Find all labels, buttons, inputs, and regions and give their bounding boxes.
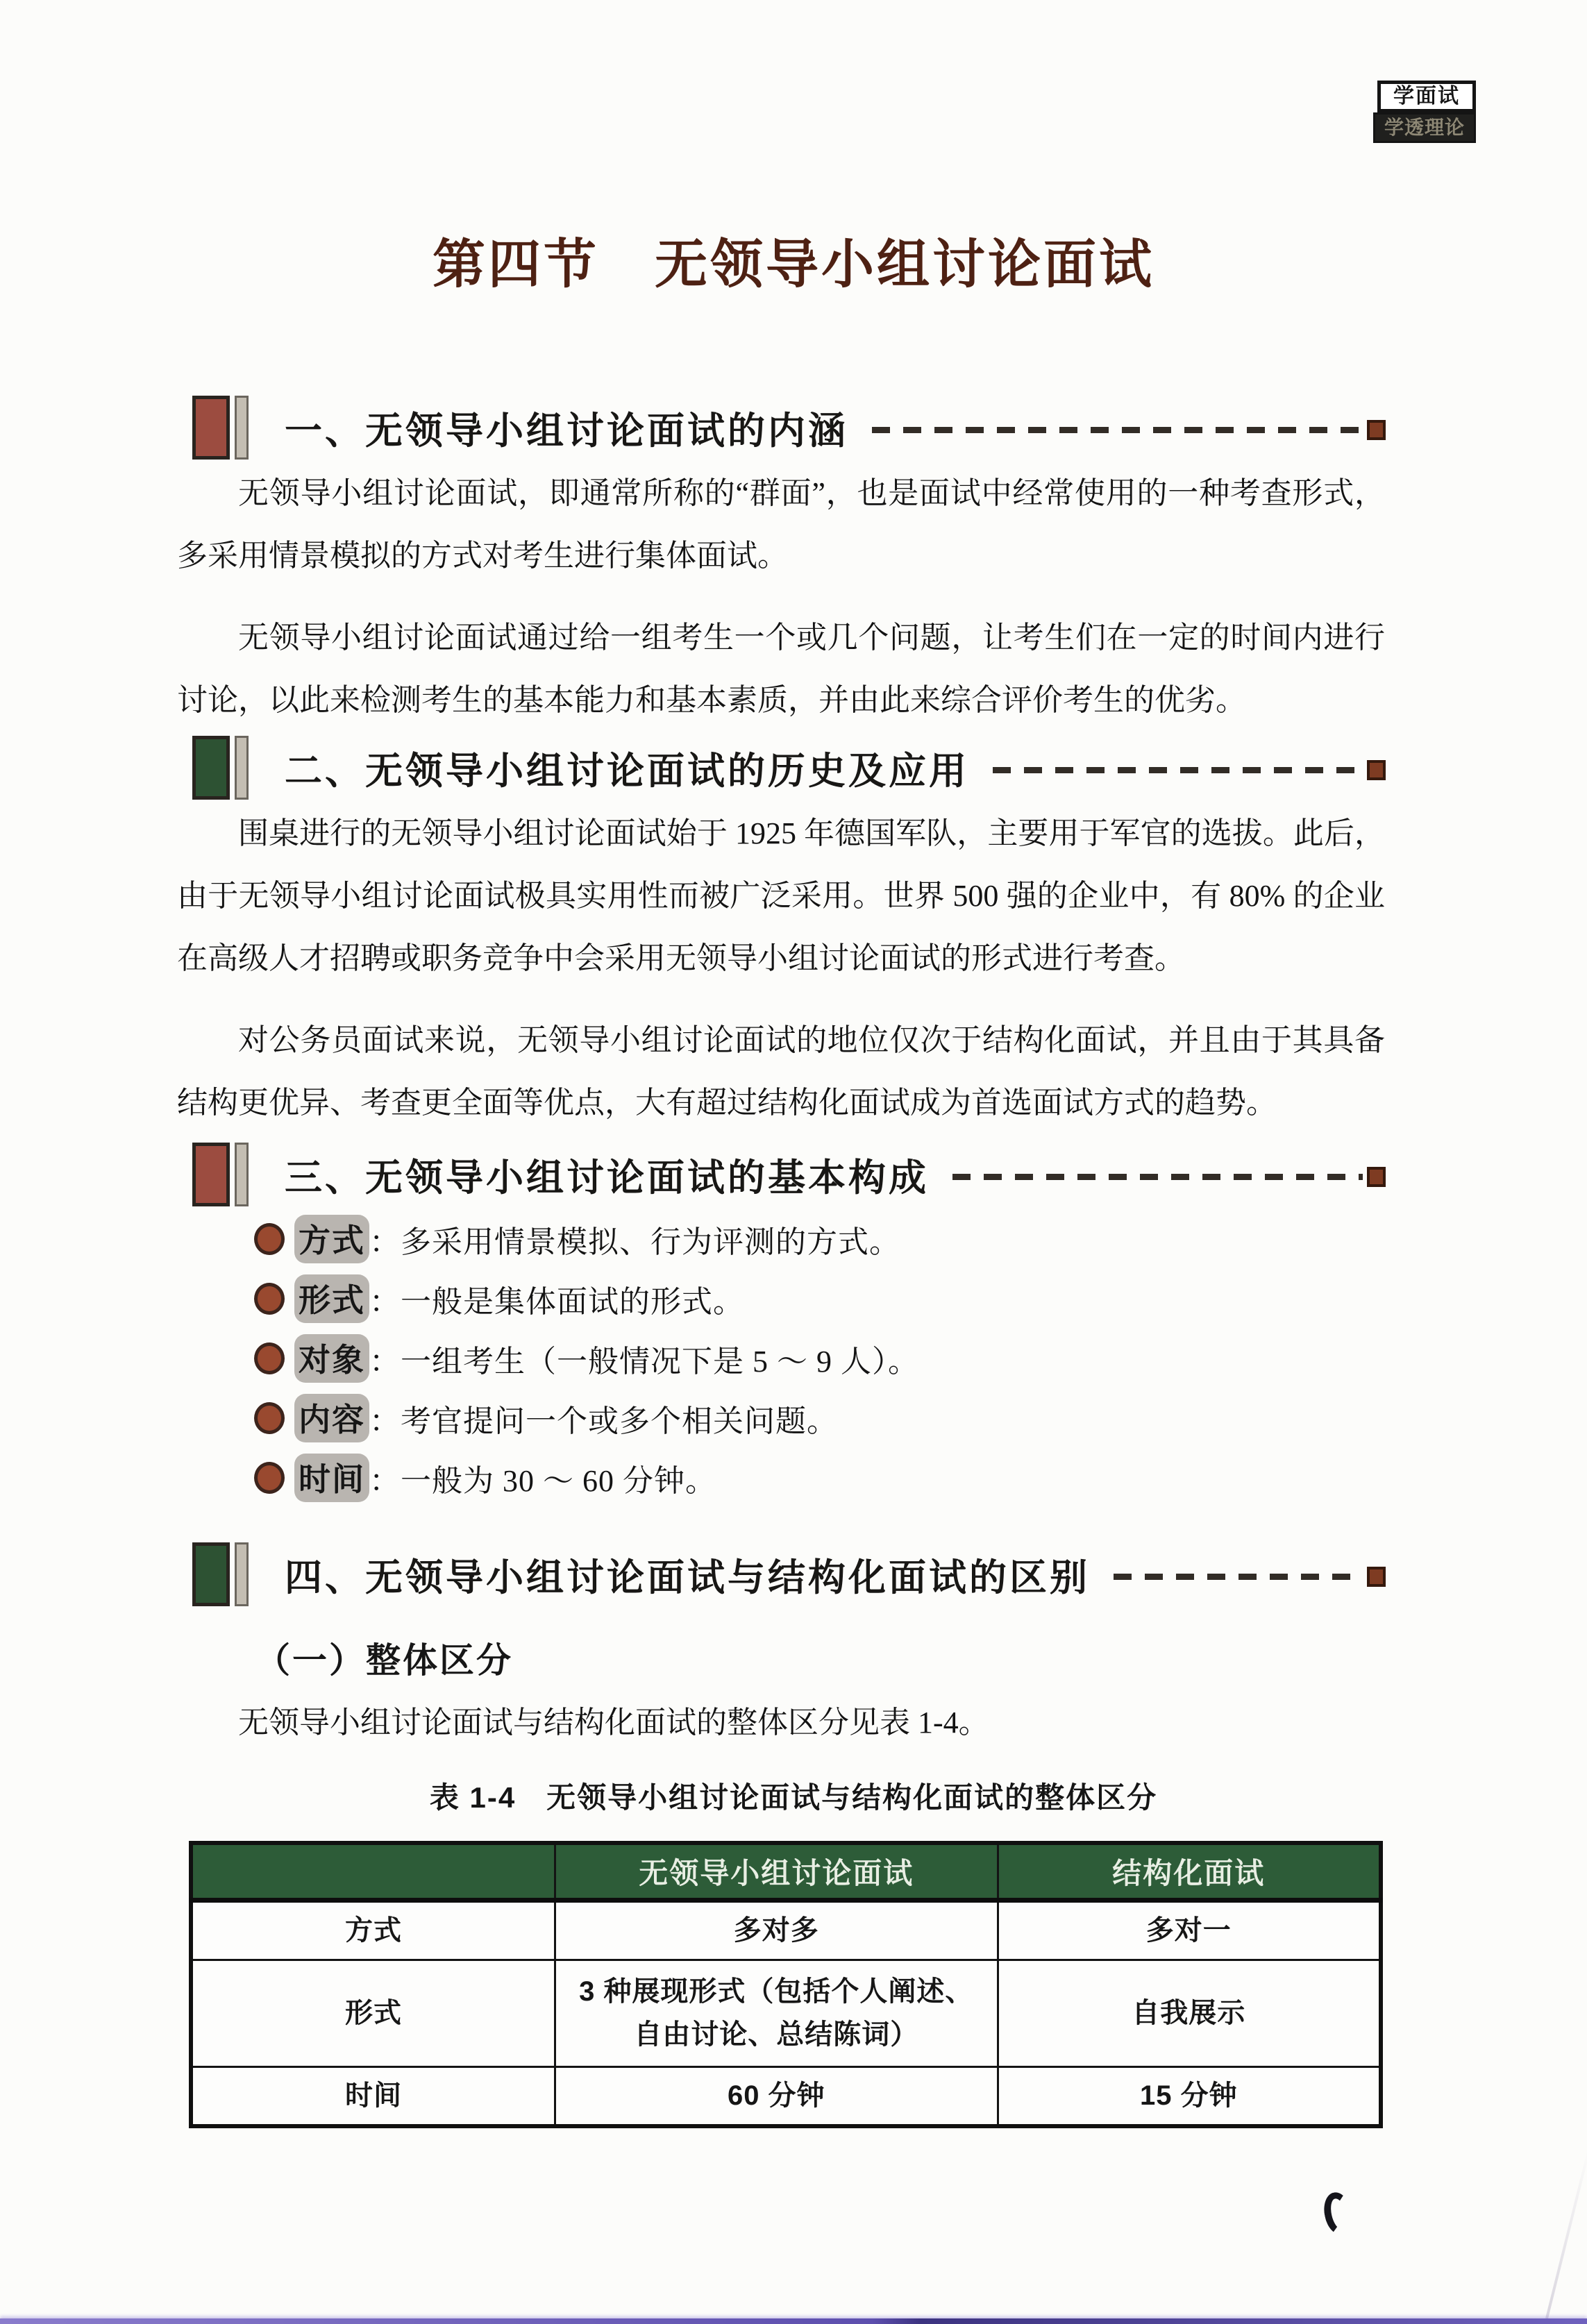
paragraph: 无领导小组讨论面试通过给一组考生一个或几个问题，让考生们在一定的时间内进行讨论，… bbox=[177, 607, 1385, 732]
table-intro-paragraph: 无领导小组讨论面试与结构化面试的整体区分见表 1-4。 bbox=[177, 1701, 1385, 1745]
bullet-dot-icon bbox=[254, 1402, 285, 1434]
table-row: 时间 60 分钟 15 分钟 bbox=[191, 2066, 1381, 2126]
table-cell: 自我展示 bbox=[998, 1960, 1381, 2066]
section-heading-2: 二、无领导小组讨论面试的历史及应用 bbox=[192, 734, 1386, 801]
section-heading-label: 四、无领导小组讨论面试与结构化面试的区别 bbox=[285, 1548, 1090, 1601]
table-cell: 3 种展现形式（包括个人阐述、自由讨论、总结陈词） bbox=[555, 1960, 998, 2066]
section-heading-1: 一、无领导小组讨论面试的内涵 bbox=[192, 394, 1386, 461]
table-cell: 时间 bbox=[191, 2066, 555, 2126]
list-item: 时间 ：一般为 30 ～ 60 分钟。 bbox=[254, 1448, 1587, 1508]
table-header-row: 无领导小组讨论面试 结构化面试 bbox=[191, 1843, 1381, 1900]
heading-dash-end-icon bbox=[1367, 760, 1386, 780]
bullet-dot-icon bbox=[254, 1283, 285, 1315]
section-heading-label: 三、无领导小组讨论面试的基本构成 bbox=[285, 1148, 929, 1202]
bullet-dot-icon bbox=[254, 1342, 285, 1374]
table-cell: 方式 bbox=[191, 1900, 555, 1960]
section-marker-icon bbox=[192, 396, 249, 460]
badge-series-subtitle: 学透理论 bbox=[1373, 112, 1476, 143]
table-cell: 形式 bbox=[191, 1960, 555, 2066]
list-item: 形式 ：一般是集体面试的形式。 bbox=[254, 1269, 1587, 1329]
table-row: 形式 3 种展现形式（包括个人阐述、自由讨论、总结陈词） 自我展示 bbox=[191, 1960, 1381, 2066]
table-cell: 多对多 bbox=[555, 1900, 998, 1960]
subsection-title: （一）整体区分 bbox=[255, 1638, 1587, 1683]
section-marker-icon bbox=[192, 1143, 249, 1206]
list-item: 方式 ：多采用情景模拟、行为评测的方式。 bbox=[254, 1209, 1587, 1269]
table-cell: 60 分钟 bbox=[555, 2066, 998, 2126]
section-heading-3: 三、无领导小组讨论面试的基本构成 bbox=[192, 1141, 1386, 1208]
bullet-text: ：考官提问一个或多个相关问题。 bbox=[369, 1396, 838, 1440]
heading-dash-line bbox=[993, 767, 1363, 773]
badge-series-title: 学面试 bbox=[1377, 81, 1476, 112]
section-marker-icon bbox=[192, 1542, 249, 1606]
paragraph: 无领导小组讨论面试，即通常所称的“群面”，也是面试中经常使用的一种考查形式，多采… bbox=[177, 462, 1385, 587]
pen-mark bbox=[1320, 2190, 1356, 2238]
publisher-badge: 学面试 学透理论 bbox=[1373, 81, 1476, 143]
bullet-text: ：一般是集体面试的形式。 bbox=[369, 1277, 744, 1321]
section-heading-4: 四、无领导小组讨论面试与结构化面试的区别 bbox=[192, 1541, 1386, 1608]
list-item: 内容 ：考官提问一个或多个相关问题。 bbox=[254, 1388, 1587, 1448]
paragraph: 围桌进行的无领导小组讨论面试始于 1925 年德国军队，主要用于军官的选拔。此后… bbox=[177, 802, 1385, 990]
scan-bottom-line bbox=[0, 2318, 1587, 2324]
paragraph: 对公务员面试来说，无领导小组讨论面试的地位仅次于结构化面试，并且由于其具备结构更… bbox=[177, 1009, 1385, 1134]
bullet-label: 方式 bbox=[294, 1215, 369, 1263]
heading-dash-end-icon bbox=[1367, 1167, 1386, 1187]
bullet-text: ：一组考生（一般情况下是 5 ～ 9 人）。 bbox=[369, 1336, 919, 1381]
table-cell: 15 分钟 bbox=[998, 2066, 1381, 2126]
bullet-label: 形式 bbox=[294, 1274, 369, 1323]
table-caption: 表 1-4 无领导小组讨论面试与结构化面试的整体区分 bbox=[0, 1778, 1587, 1817]
section-heading-label: 一、无领导小组讨论面试的内涵 bbox=[285, 401, 848, 455]
bullet-dot-icon bbox=[254, 1223, 285, 1255]
heading-dash-line bbox=[952, 1174, 1363, 1180]
heading-dash-line bbox=[872, 427, 1363, 433]
table-header-cell: 无领导小组讨论面试 bbox=[555, 1843, 998, 1900]
heading-dash-end-icon bbox=[1367, 420, 1386, 440]
bullet-list: 方式 ：多采用情景模拟、行为评测的方式。 形式 ：一般是集体面试的形式。 对象 … bbox=[254, 1209, 1587, 1508]
book-page: 学面试 学透理论 第四节 无领导小组讨论面试 一、无领导小组讨论面试的内涵 无领… bbox=[0, 0, 1587, 2324]
table-header-cell: 结构化面试 bbox=[998, 1843, 1381, 1900]
comparison-table: 无领导小组讨论面试 结构化面试 方式 多对多 多对一 形式 3 种展现形式（包括… bbox=[189, 1841, 1383, 2128]
section-heading-label: 二、无领导小组讨论面试的历史及应用 bbox=[285, 741, 969, 795]
table-row: 方式 多对多 多对一 bbox=[191, 1900, 1381, 1960]
heading-dash-end-icon bbox=[1367, 1567, 1386, 1587]
page-title: 第四节 无领导小组讨论面试 bbox=[0, 230, 1587, 300]
table-cell: 多对一 bbox=[998, 1900, 1381, 1960]
heading-dash-line bbox=[1114, 1574, 1363, 1580]
bullet-label: 对象 bbox=[294, 1334, 369, 1383]
bullet-text: ：一般为 30 ～ 60 分钟。 bbox=[369, 1456, 716, 1500]
bullet-dot-icon bbox=[254, 1462, 285, 1494]
bullet-text: ：多采用情景模拟、行为评测的方式。 bbox=[369, 1217, 900, 1261]
table-header-cell bbox=[191, 1843, 555, 1900]
list-item: 对象 ：一组考生（一般情况下是 5 ～ 9 人）。 bbox=[254, 1329, 1587, 1388]
page-curl-shadow bbox=[1545, 2150, 1587, 2319]
bullet-label: 时间 bbox=[294, 1454, 369, 1502]
section-marker-icon bbox=[192, 736, 249, 800]
bullet-label: 内容 bbox=[294, 1394, 369, 1442]
